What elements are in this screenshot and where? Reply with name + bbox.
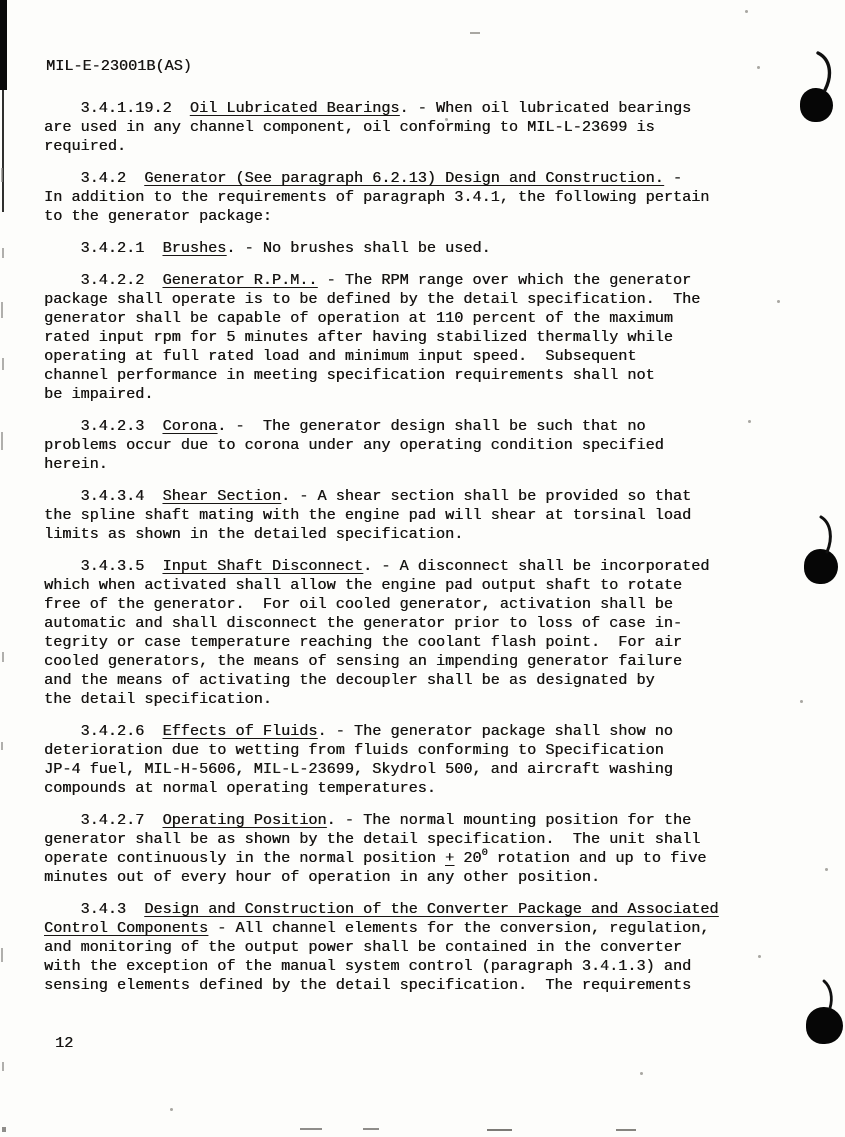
text-line: the detail specification. — [44, 690, 784, 709]
scan-speck — [640, 1072, 643, 1075]
paragraph: 3.4.2.7 Operating Position. - The normal… — [44, 811, 784, 887]
paragraph: 3.4.3.4 Shear Section. - A shear section… — [44, 487, 784, 544]
text-line: 3.4.3 Design and Construction of the Con… — [44, 900, 784, 919]
scan-speck — [777, 300, 780, 303]
scan-speck — [825, 868, 828, 871]
paragraph: 3.4.1.19.2 Oil Lubricated Bearings. - Wh… — [44, 99, 784, 156]
paragraph: 3.4.2.2 Generator R.P.M.. - The RPM rang… — [44, 271, 784, 404]
paragraph: 3.4.2 Generator (See paragraph 6.2.13) D… — [44, 169, 784, 226]
ink-blot — [806, 1007, 843, 1044]
paragraph: 3.4.3 Design and Construction of the Con… — [44, 900, 784, 995]
doc-number: MIL-E-23001B(AS) — [46, 57, 192, 76]
scan-dash — [1, 302, 3, 318]
text-line: the spline shaft mating with the engine … — [44, 506, 784, 525]
scan-dash — [616, 1129, 636, 1131]
text-line: operating at full rated load and minimum… — [44, 347, 784, 366]
scan-dash — [300, 1128, 322, 1130]
scan-edge-bar — [0, 0, 7, 90]
scan-dash — [1, 742, 3, 750]
text-line: limits as shown in the detailed specific… — [44, 525, 784, 544]
text-line: cooled generators, the means of sensing … — [44, 652, 784, 671]
scan-dash — [1, 168, 3, 182]
text-line: generator shall be as shown by the detai… — [44, 830, 784, 849]
text-line: and monitoring of the output power shall… — [44, 938, 784, 957]
text-line: Control Components - All channel element… — [44, 919, 784, 938]
text-line: 3.4.1.19.2 Oil Lubricated Bearings. - Wh… — [44, 99, 784, 118]
text-line: problems occur due to corona under any o… — [44, 436, 784, 455]
scan-speck — [800, 700, 803, 703]
document-body: 3.4.1.19.2 Oil Lubricated Bearings. - Wh… — [44, 99, 784, 1008]
scan-speck — [470, 32, 480, 34]
paragraph: 3.4.2.3 Corona. - The generator design s… — [44, 417, 784, 474]
text-line: free of the generator. For oil cooled ge… — [44, 595, 784, 614]
text-line: sensing elements defined by the detail s… — [44, 976, 784, 995]
text-line: which when activated shall allow the eng… — [44, 576, 784, 595]
scan-speck — [757, 66, 760, 69]
scan-dash — [2, 248, 4, 258]
text-line: be impaired. — [44, 385, 784, 404]
text-line: 3.4.2.1 Brushes. - No brushes shall be u… — [44, 239, 784, 258]
text-line: required. — [44, 137, 784, 156]
text-line: and the means of activating the decouple… — [44, 671, 784, 690]
text-line: 3.4.2.2 Generator R.P.M.. - The RPM rang… — [44, 271, 784, 290]
ink-blot-tail — [818, 978, 842, 1010]
text-line: automatic and shall disconnect the gener… — [44, 614, 784, 633]
text-line: JP-4 fuel, MIL-H-5606, MIL-L-23699, Skyd… — [44, 760, 784, 779]
text-line: package shall operate is to be defined b… — [44, 290, 784, 309]
paragraph: 3.4.3.5 Input Shaft Disconnect. - A disc… — [44, 557, 784, 709]
scan-dash — [487, 1129, 512, 1131]
scan-speck — [758, 955, 761, 958]
text-line: deterioration due to wetting from fluids… — [44, 741, 784, 760]
text-line: compounds at normal operating temperatur… — [44, 779, 784, 798]
scan-dash — [2, 358, 4, 370]
text-line: 3.4.3.5 Input Shaft Disconnect. - A disc… — [44, 557, 784, 576]
text-line: operate continuously in the normal posit… — [44, 849, 784, 868]
text-line: minutes out of every hour of operation i… — [44, 868, 784, 887]
text-line: herein. — [44, 455, 784, 474]
paragraph: 3.4.2.1 Brushes. - No brushes shall be u… — [44, 239, 784, 258]
text-line: generator shall be capable of operation … — [44, 309, 784, 328]
scan-dash — [2, 652, 4, 662]
scan-dash — [2, 1127, 6, 1132]
scan-dash — [363, 1128, 379, 1130]
scan-dash — [2, 1062, 4, 1071]
scan-speck — [745, 10, 748, 13]
ink-blot — [800, 88, 833, 122]
text-line: channel performance in meeting specifica… — [44, 366, 784, 385]
text-line: In addition to the requirements of parag… — [44, 188, 784, 207]
ink-blot — [804, 549, 838, 584]
scan-dash — [1, 948, 3, 962]
scan-speck — [748, 420, 751, 423]
text-line: with the exception of the manual system … — [44, 957, 784, 976]
text-line: tegrity or case temperature reaching the… — [44, 633, 784, 652]
text-line: rated input rpm for 5 minutes after havi… — [44, 328, 784, 347]
text-line: 3.4.2.3 Corona. - The generator design s… — [44, 417, 784, 436]
page-number: 12 — [55, 1034, 73, 1053]
scan-dash — [1, 432, 3, 450]
text-line: are used in any channel component, oil c… — [44, 118, 784, 137]
text-line: 3.4.2.6 Effects of Fluids. - The generat… — [44, 722, 784, 741]
scan-speck — [170, 1108, 173, 1111]
text-line: to the generator package: — [44, 207, 784, 226]
scan-speck — [445, 118, 448, 121]
ink-blot-tail — [810, 512, 840, 554]
paragraph: 3.4.2.6 Effects of Fluids. - The generat… — [44, 722, 784, 798]
scanned-document-page: MIL-E-23001B(AS) 3.4.1.19.2 Oil Lubricat… — [0, 0, 845, 1137]
scan-edge-line — [2, 90, 4, 212]
text-line: 3.4.2 Generator (See paragraph 6.2.13) D… — [44, 169, 784, 188]
text-line: 3.4.3.4 Shear Section. - A shear section… — [44, 487, 784, 506]
text-line: 3.4.2.7 Operating Position. - The normal… — [44, 811, 784, 830]
ink-blot-tail — [804, 50, 838, 92]
